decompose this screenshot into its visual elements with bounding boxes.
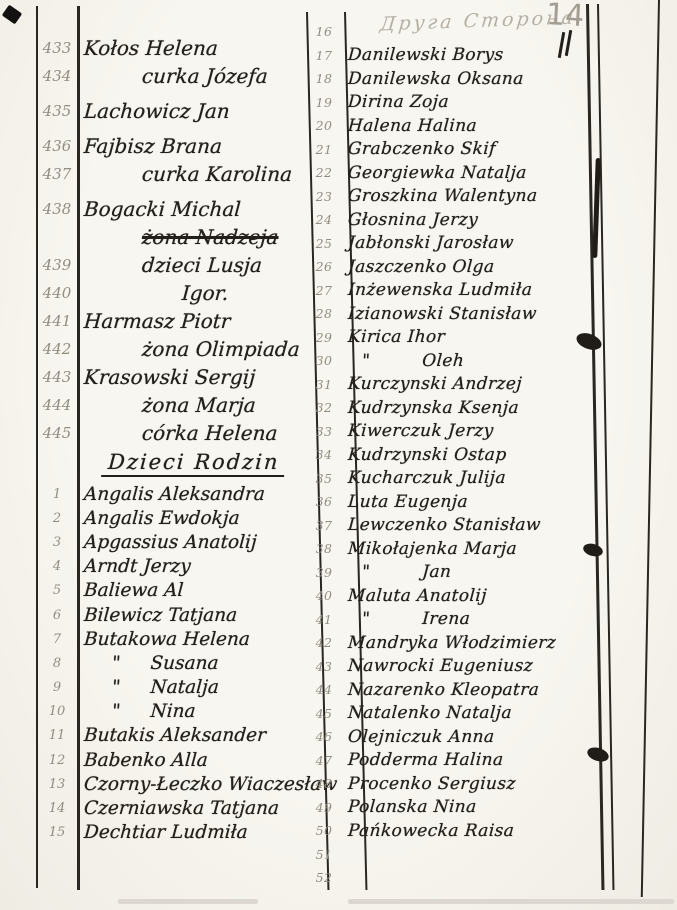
margin-number: 444 [36,396,78,414]
margin-number: 36 [306,494,342,509]
registry-row: 12Babenko Alla [36,748,308,772]
registry-row: 25Jabłonski Jarosław [306,232,606,256]
page-edge-rule [641,0,660,897]
entry-name: Butakis Aleksander [77,725,266,746]
entry-name: Maluta Anatolij [341,586,487,606]
entry-name: "Natalja [77,677,219,698]
ditto-mark: " [361,609,371,629]
registry-row: 6Bilewicz Tatjana [36,603,308,627]
registry-row: 7Butakowa Helena [36,627,308,651]
registry-row: 8"Susana [36,651,308,675]
margin-number: 4 [36,559,78,574]
registry-row: 22Georgiewka Natalja [306,161,606,185]
margin-number: 12 [36,753,78,768]
entry-name: Georgiewka Natalja [341,163,527,183]
entry-name: Krasowski Sergij [77,365,256,389]
registry-row: 2Angalis Ewdokja [36,506,308,530]
registry-row: 44Nazarenko Kleopatra [306,678,606,702]
registry-page-scan: Друга Сторона 14 433Kołos Helena434curka… [0,0,677,910]
ditto-mark: " [111,701,121,722]
registry-row: 48Procenko Sergiusz [306,772,606,796]
registry-row: 31Kurczynski Andrzej [306,373,606,397]
margin-number: 50 [306,823,342,838]
registry-row: 28Izianowski Stanisław [306,302,606,326]
registry-row: 35Kucharczuk Julija [306,467,606,491]
margin-number: 26 [306,259,342,274]
entry-name: Danilewski Borys [341,45,504,65]
registry-row: 41"Irena [306,608,606,632]
registry-row: 436Fajbisz Brana [36,132,308,160]
margin-number: 20 [306,118,342,133]
registry-row: 3Apgassius Anatolij [36,530,308,554]
entry-name: "Oleh [341,351,465,371]
registry-row: 39"Jan [306,561,606,585]
registry-row: 10"Nina [36,700,308,724]
margin-number: 25 [306,236,342,251]
entry-name: Babenko Alla [77,750,208,771]
entry-name: Halena Halina [341,116,477,136]
margin-number: 14 [36,801,78,816]
entry-name: Czerniawska Tatjana [77,798,280,819]
entry-name: Polanska Nina [341,797,477,817]
margin-number: 51 [306,847,342,862]
margin-number: 48 [306,776,342,791]
right-column: 1617Danilewski Borys18Danilewska Oksana1… [306,20,606,890]
registry-row: 443Krasowski Sergij [36,363,308,391]
registry-row: 445córka Helena [36,419,308,447]
margin-number: 47 [306,753,342,768]
entry-name: żona Nadzeja [77,225,279,249]
margin-number: 32 [306,400,342,415]
entry-name: Baliewa Al [77,580,184,601]
registry-row: 440Igor. [36,279,308,307]
margin-number: 437 [36,165,78,183]
registry-row: 5Baliewa Al [36,579,308,603]
entry-name: żona Olimpiada [77,337,300,361]
margin-number: 3 [36,535,78,550]
registry-row: 42Mandryka Włodzimierz [306,631,606,655]
margin-number: 38 [306,541,342,556]
children-right-list: 1617Danilewski Borys18Danilewska Oksana1… [306,20,606,890]
margin-number: 16 [306,24,342,39]
margin-number: 8 [36,656,78,671]
margin-number: 443 [36,368,78,386]
margin-number: 436 [36,137,78,155]
entry-name: Dechtiar Ludmiła [77,822,248,843]
margin-number: 24 [306,212,342,227]
margin-number: 441 [36,312,78,330]
registry-row: 32Kudrzynska Ksenja [306,396,606,420]
entry-name: Olejniczuk Anna [341,727,495,747]
entry-name: Kurczynski Andrzej [341,374,522,394]
margin-number: 17 [306,48,342,63]
margin-number: 28 [306,306,342,321]
registry-row: 51 [306,843,606,867]
entry-name: Jaszczenko Olga [341,257,495,277]
entry-name: Inżewenska Ludmiła [341,280,533,300]
entry-name: Pańkowecka Raisa [341,821,515,841]
corner-mark [2,5,23,25]
entry-name: "Nina [77,701,196,722]
entry-name: Kucharczuk Julija [341,468,506,488]
margin-number: 21 [306,142,342,157]
margin-number: 31 [306,377,342,392]
entry-name: Nazarenko Kleopatra [341,680,540,700]
registry-row: 435Lachowicz Jan [36,97,308,125]
registry-row: 36Luta Eugenja [306,490,606,514]
entry-name: Arndt Jerzy [77,556,191,577]
registry-row: 27Inżewenska Ludmiła [306,279,606,303]
registry-row: 43Nawrocki Eugeniusz [306,655,606,679]
registry-row: 26Jaszczenko Olga [306,255,606,279]
registry-row: 29Kirica Ihor [306,326,606,350]
registry-row: 45Natalenko Natalja [306,702,606,726]
ditto-mark: " [111,677,121,698]
section-header-row: Dzieci Rodzin [36,450,308,482]
entry-name: Luta Eugenja [341,492,468,512]
registry-row: 444żona Marja [36,391,308,419]
ditto-mark: " [111,653,121,674]
entry-name: Groszkina Walentyna [341,186,538,206]
margin-number: 2 [36,511,78,526]
registry-row: 23Groszkina Walentyna [306,185,606,209]
entry-name: Kiwerczuk Jerzy [341,421,494,441]
margin-number: 46 [306,729,342,744]
left-column: 433Kołos Helena434curka Józefa435Lachowi… [36,34,308,845]
registry-row: 439dzieci Lusja [36,251,308,279]
entry-name: Podderma Halina [341,750,504,770]
registry-row: 4Arndt Jerzy [36,555,308,579]
margin-number: 435 [36,102,78,120]
registry-row: 20Halena Halina [306,114,606,138]
entry-name: Lachowicz Jan [77,99,230,123]
margin-number: 442 [36,340,78,358]
entry-name: Głosnina Jerzy [341,210,478,230]
margin-number: 19 [306,95,342,110]
margin-number: 39 [306,565,342,580]
margin-number: 18 [306,71,342,86]
margin-number: 41 [306,612,342,627]
entry-name: Igor. [77,281,229,305]
margin-number: 44 [306,682,342,697]
entry-name: Jabłonski Jarosław [341,233,514,253]
margin-number: 29 [306,330,342,345]
entry-name: córka Helena [77,421,278,445]
registry-row: 24Głosnina Jerzy [306,208,606,232]
registry-row: 441Harmasz Piotr [36,307,308,335]
families-list: 433Kołos Helena434curka Józefa435Lachowi… [36,34,308,447]
section-header: Dzieci Rodzin [101,450,286,477]
margin-number: 438 [36,200,78,218]
registry-row: 18Danilewska Oksana [306,67,606,91]
entry-name: Dirina Zoja [341,92,449,112]
entry-name: Procenko Sergiusz [341,774,516,794]
margin-number: 439 [36,256,78,274]
entry-name: Butakowa Helena [77,629,250,650]
entry-name: Danilewska Oksana [341,69,524,89]
margin-number: 23 [306,189,342,204]
registry-row: 38Mikołajenka Marja [306,537,606,561]
entry-name: Angalis Aleksandra [77,484,265,505]
registry-row: 21Grabczenko Skif [306,138,606,162]
margin-number: 11 [36,728,78,743]
margin-number: 37 [306,518,342,533]
registry-row: 1Angalis Aleksandra [36,482,308,506]
registry-row: 437curka Karolina [36,160,308,188]
registry-row: 47Podderma Halina [306,749,606,773]
registry-row: 9"Natalja [36,676,308,700]
margin-number: 1 [36,487,78,502]
margin-number: 5 [36,583,78,598]
margin-number: 45 [306,706,342,721]
entry-name: Nawrocki Eugeniusz [341,656,534,676]
margin-number: 42 [306,635,342,650]
margin-number: 13 [36,777,78,792]
registry-row: 30"Oleh [306,349,606,373]
entry-name: Apgassius Anatolij [77,532,257,553]
entry-name: Kudrzynska Ksenja [341,398,519,418]
registry-row: żona Nadzeja [36,223,308,251]
margin-number: 15 [36,825,78,840]
registry-row: 438Bogacki Michal [36,195,308,223]
entry-name: Mandryka Włodzimierz [341,633,557,653]
entry-name: dzieci Lusja [77,253,263,277]
entry-name: "Susana [77,653,219,674]
registry-row: 34Kudrzynski Ostap [306,443,606,467]
registry-row: 46Olejniczuk Anna [306,725,606,749]
children-left-list: 1Angalis Aleksandra2Angalis Ewdokja3Apga… [36,482,308,845]
margin-number: 10 [36,704,78,719]
margin-number: 34 [306,447,342,462]
registry-row: 33Kiwerczuk Jerzy [306,420,606,444]
ditto-mark: " [361,562,371,582]
registry-row: 37Lewczenko Stanisław [306,514,606,538]
entry-name: Czorny-Łeczko Wiaczesław [77,774,338,795]
ditto-mark: " [361,351,371,371]
entry-name: Angalis Ewdokja [77,508,240,529]
entry-name: curka Karolina [77,162,293,186]
margin-number: 27 [306,283,342,298]
entry-name: Harmasz Piotr [77,309,231,333]
entry-name: Kudrzynski Ostap [341,445,507,465]
entry-name: Izianowski Stanisław [341,304,537,324]
entry-name: żona Marja [77,393,257,417]
margin-number: 6 [36,608,78,623]
entry-name: Kirica Ihor [341,327,446,347]
registry-row: 15Dechtiar Ludmiła [36,821,308,845]
registry-row: 11Butakis Aleksander [36,724,308,748]
page-edge-shadow [348,899,674,904]
registry-row: 49Polanska Nina [306,796,606,820]
registry-row: 19Dirina Zoja [306,91,606,115]
entry-name: Bilewicz Tatjana [77,605,238,626]
margin-number: 433 [36,39,78,57]
margin-number: 43 [306,659,342,674]
registry-row: 40Maluta Anatolij [306,584,606,608]
registry-row: 442żona Olimpiada [36,335,308,363]
entry-name: curka Józefa [77,64,268,88]
entry-name: Mikołajenka Marja [341,539,517,559]
entry-name: Bogacki Michal [77,197,242,221]
margin-number: 33 [306,424,342,439]
margin-number: 434 [36,67,78,85]
margin-number: 445 [36,424,78,442]
page-edge-shadow [118,899,258,904]
margin-number: 35 [306,471,342,486]
margin-number: 40 [306,588,342,603]
entry-name: Natalenko Natalja [341,703,512,723]
margin-number: 52 [306,870,342,885]
margin-number: 9 [36,680,78,695]
margin-number: 22 [306,165,342,180]
entry-name: Grabczenko Skif [341,139,496,159]
registry-row: 14Czerniawska Tatjana [36,796,308,820]
registry-row: 13Czorny-Łeczko Wiaczesław [36,772,308,796]
registry-row: 52 [306,866,606,890]
entry-name: Kołos Helena [77,36,219,60]
entry-name: Fajbisz Brana [77,134,223,158]
registry-row: 434curka Józefa [36,62,308,90]
entry-name: "Irena [341,609,471,629]
margin-number: 49 [306,800,342,815]
entry-name: Lewczenko Stanisław [341,515,541,535]
registry-row: 433Kołos Helena [36,34,308,62]
entry-name: "Jan [341,562,452,582]
margin-number: 440 [36,284,78,302]
margin-number: 30 [306,353,342,368]
registry-row: 50Pańkowecka Raisa [306,819,606,843]
margin-number: 7 [36,632,78,647]
